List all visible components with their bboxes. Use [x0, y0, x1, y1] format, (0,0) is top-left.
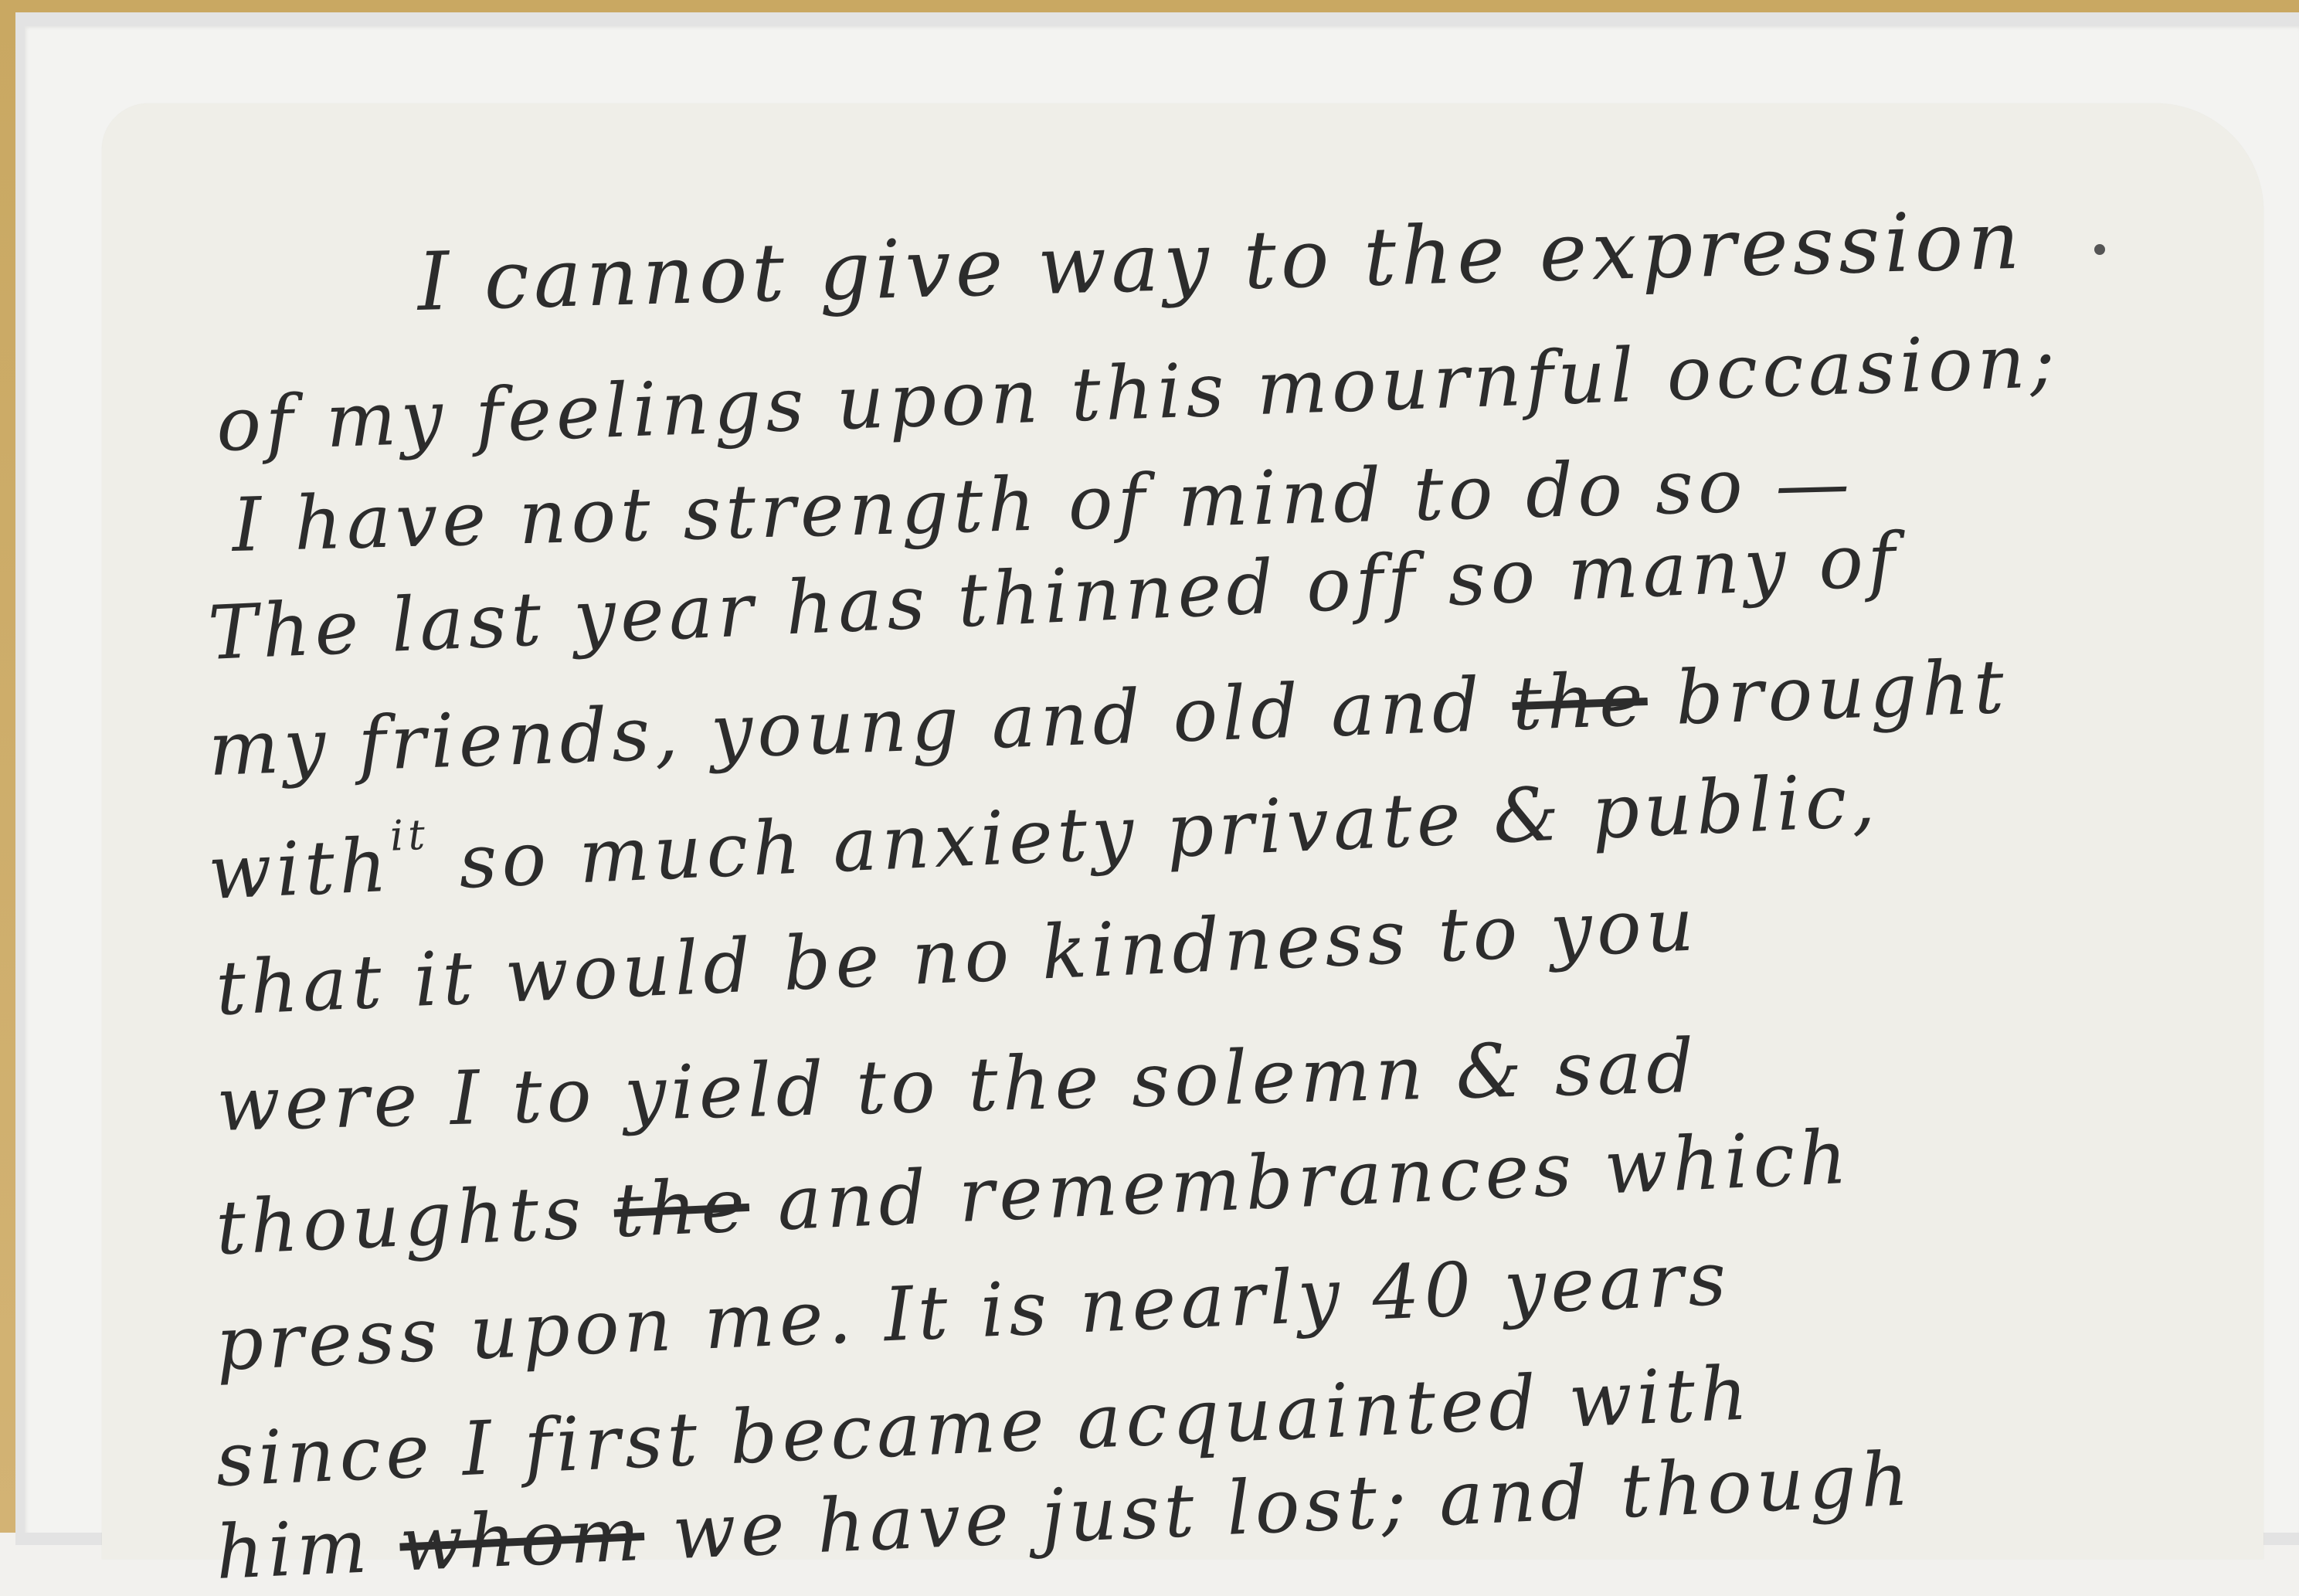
handwritten-letter: I cannot give way to the expression of m…	[102, 104, 2263, 1533]
struck-word: whom	[398, 1491, 646, 1533]
ink-speck	[2094, 244, 2105, 255]
inserted-word: it	[389, 810, 431, 861]
struck-word: the	[612, 1162, 751, 1255]
struck-word: the	[1511, 656, 1649, 747]
letter-line-8: were I to yield to the solemn & sad	[216, 1023, 1700, 1148]
white-mat: I cannot give way to the expression of m…	[25, 26, 2299, 1533]
letter-paper: I cannot give way to the expression of m…	[102, 104, 2263, 1533]
letter-line-1: I cannot give way to the expression	[416, 193, 2026, 329]
